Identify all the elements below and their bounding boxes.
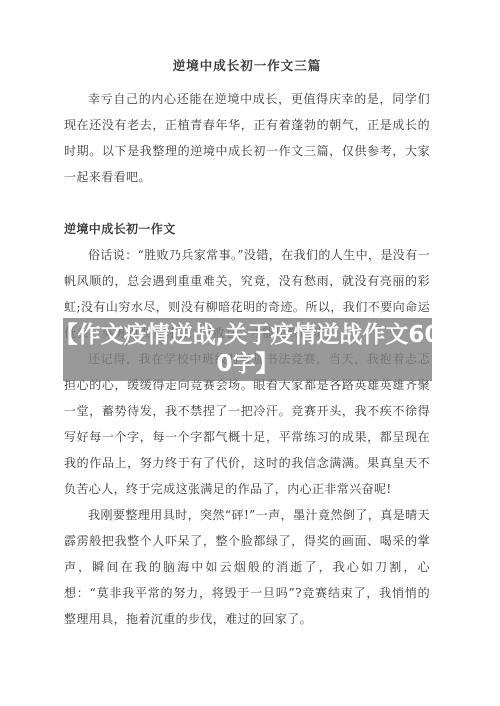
- document-page: 逆境中成长初一作文三篇 幸亏自己的内心还能在逆境中成长，更值得庆幸的是，同学们现…: [0, 0, 500, 706]
- intro-paragraph: 幸亏自己的内心还能在逆境中成长，更值得庆幸的是，同学们现在还没有老去，正植青春年…: [64, 86, 430, 190]
- document-title: 逆境中成长初一作文三篇: [64, 56, 430, 76]
- essay-paragraph-3: 我刚要整理用具时，突然“砰!”一声，墨汁竟然倒了，真是晴天霹雳般把我整个人吓呆了…: [64, 502, 430, 632]
- watermark-overlay-text-line1: 【作文疫情逆战,关于疫情逆战作文60: [55, 321, 441, 350]
- watermark-overlay-text-line2: 0字】: [216, 350, 278, 379]
- section-heading: 逆境中成长初一作文: [64, 216, 430, 242]
- watermark-overlay-banner: 【作文疫情逆战,关于疫情逆战作文60 0字】: [63, 318, 432, 381]
